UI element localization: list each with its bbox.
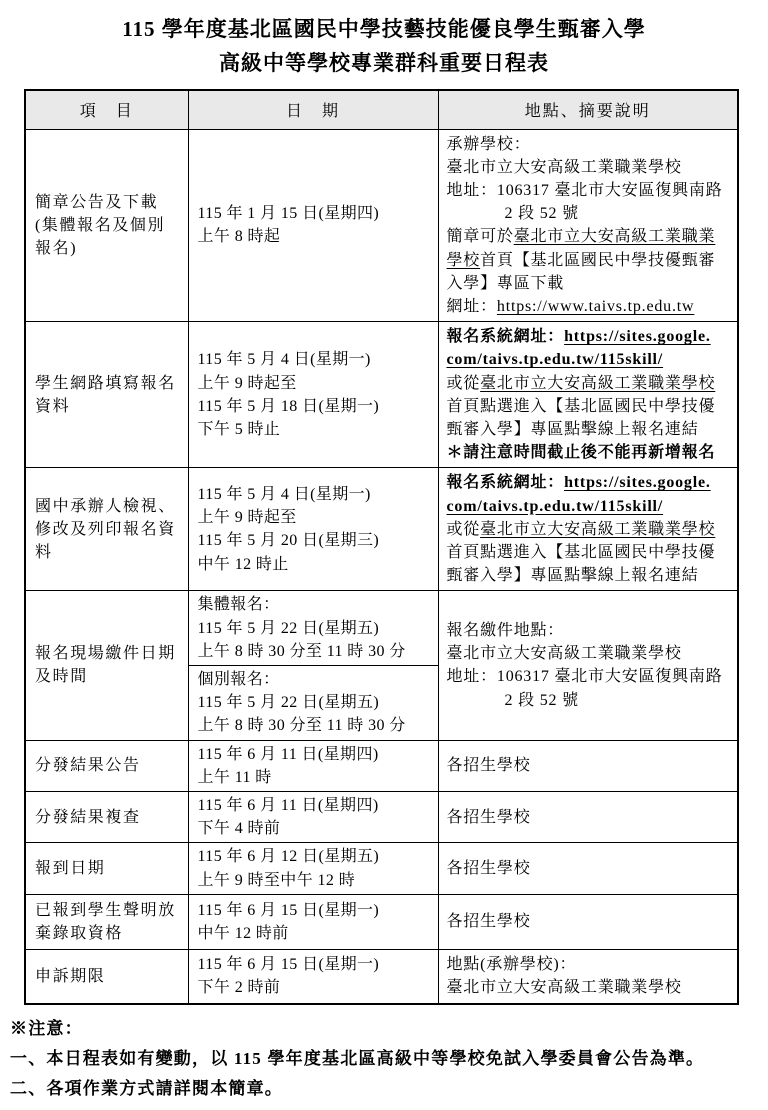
text-segment: 或從 [447, 375, 481, 392]
date-text-line: 上午 8 時 30 分至 11 時 30 分 [198, 640, 436, 663]
item-cell: 學生網路填寫報名資料 [25, 322, 188, 468]
text-segment: 各招生學校 [447, 913, 531, 930]
text-segment: ＊請注意時間截止後不能再新增報名 [447, 444, 716, 461]
date-text-line: 中午 12 時前 [198, 922, 436, 945]
date-cell: 115 年 6 月 11 日(星期四)下午 4 時前 [188, 791, 438, 842]
item-text-line: (集體報名及個別 [35, 214, 184, 237]
item-text-line: 分發結果公告 [35, 754, 184, 777]
item-cell: 申訴期限 [25, 950, 188, 1004]
date-cell: 115 年 6 月 11 日(星期四)上午 11 時 [188, 740, 438, 791]
info-text-line: 甄審入學】專區點擊線上報名連結 [447, 564, 736, 587]
text-segment: 臺北市立大安高級工業職業學校 [447, 979, 682, 996]
date-text-line: 115 年 5 月 20 日(星期三) [198, 529, 436, 552]
info-cell: 各招生學校 [438, 843, 738, 894]
item-text-line: 報到日期 [35, 857, 184, 880]
text-segment: 首頁【基北區國民中學技優甄審 [480, 252, 715, 269]
info-text-line: 入學】專區下載 [447, 272, 736, 295]
date-block: 115 年 6 月 11 日(星期四)下午 4 時前 [189, 792, 438, 842]
text-segment: 各招生學校 [447, 860, 531, 877]
date-block: 115 年 6 月 11 日(星期四)上午 11 時 [189, 741, 438, 791]
page-title-line1: 115 學年度基北區國民中學技藝技能優良學生甄審入學 [0, 12, 768, 46]
date-text-line: 115 年 1 月 15 日(星期四) [198, 202, 436, 225]
date-text-line: 下午 5 時止 [198, 418, 436, 441]
date-block: 集體報名：115 年 5 月 22 日(星期五)上午 8 時 30 分至 11 … [189, 591, 438, 665]
date-block: 115 年 5 月 4 日(星期一)上午 9 時起至115 年 5 月 20 日… [189, 481, 438, 578]
text-segment: 首頁點選進入【基北區國民中學技優 [447, 544, 716, 561]
notes-section: ※注意： 一、本日程表如有變動，以 115 學年度基北區高級中等學校免試入學委員… [10, 1014, 768, 1104]
info-text-line: 報名系統網址：https://sites.google. [447, 471, 736, 494]
info-cell: 各招生學校 [438, 740, 738, 791]
text-segment: 臺北市立大安高級工業職業學校 [447, 645, 682, 662]
info-text-line: 簡章可於臺北市立大安高級工業職業 [447, 225, 736, 248]
date-cell: 115 年 6 月 15 日(星期一)中午 12 時前 [188, 894, 438, 949]
notes-heading: ※注意： [10, 1014, 768, 1044]
text-segment: 學校 [447, 252, 481, 269]
url-link[interactable]: https://sites.google. [564, 474, 711, 491]
text-segment: 報名繳件地點： [447, 622, 565, 639]
date-text-line: 115 年 5 月 22 日(星期五) [198, 617, 436, 640]
text-segment: 各招生學校 [447, 809, 531, 826]
date-text-line: 中午 12 時止 [198, 553, 436, 576]
info-text-line: 或從臺北市立大安高級工業職業學校 [447, 372, 736, 395]
table-row: 已報到學生聲明放棄錄取資格115 年 6 月 15 日(星期一)中午 12 時前… [25, 894, 738, 949]
item-text-line: 報名現場繳件日期 [35, 642, 184, 665]
date-text-line: 115 年 6 月 15 日(星期一) [198, 899, 436, 922]
item-cell: 報名現場繳件日期及時間 [25, 591, 188, 740]
info-cell: 承辦學校：臺北市立大安高級工業職業學校地址：106317 臺北市大安區復興南路2… [438, 129, 738, 322]
text-segment: 各招生學校 [447, 757, 531, 774]
item-cell: 已報到學生聲明放棄錄取資格 [25, 894, 188, 949]
url-link[interactable]: com/taivs.tp.edu.tw/115skill/ [447, 498, 664, 515]
text-segment: 承辦學校： [447, 136, 531, 153]
item-cell: 報到日期 [25, 843, 188, 894]
item-text-line: 已報到學生聲明放 [35, 899, 184, 922]
date-text-line: 上午 8 時 30 分至 11 時 30 分 [198, 714, 436, 737]
info-text-line: 首頁點選進入【基北區國民中學技優 [447, 541, 736, 564]
info-text-line: 網址：https://www.taivs.tp.edu.tw [447, 295, 736, 318]
date-text-line: 下午 4 時前 [198, 817, 436, 840]
info-text-line: 地點(承辦學校)： [447, 953, 736, 976]
date-text-line: 上午 9 時起至 [198, 372, 436, 395]
page-title: 115 學年度基北區國民中學技藝技能優良學生甄審入學 高級中等學校專業群科重要日… [0, 0, 768, 80]
text-segment: 入學】專區下載 [447, 275, 565, 292]
url-link[interactable]: https://www.taivs.tp.edu.tw [497, 298, 694, 315]
header-item: 項 目 [25, 90, 188, 129]
text-segment: 網址： [447, 298, 497, 315]
info-text-line: 承辦學校： [447, 133, 736, 156]
info-cell: 報名系統網址：https://sites.google.com/taivs.tp… [438, 322, 738, 468]
info-text-line: ＊請注意時間截止後不能再新增報名 [447, 441, 736, 464]
schedule-table-body: 簡章公告及下載(集體報名及個別報名)115 年 1 月 15 日(星期四)上午 … [25, 129, 738, 1004]
info-text-line: 首頁點選進入【基北區國民中學技優 [447, 395, 736, 418]
date-cell: 115 年 5 月 4 日(星期一)上午 9 時起至115 年 5 月 18 日… [188, 322, 438, 468]
table-row: 學生網路填寫報名資料115 年 5 月 4 日(星期一)上午 9 時起至115 … [25, 322, 738, 468]
info-text-line: com/taivs.tp.edu.tw/115skill/ [447, 495, 736, 518]
item-text-line: 修改及列印報名資 [35, 518, 184, 541]
text-segment: 甄審入學】專區點擊線上報名連結 [447, 567, 699, 584]
date-text-line: 個別報名： [198, 668, 436, 691]
info-text-line: 各招生學校 [447, 857, 736, 880]
text-segment: 臺北市立大安高級工業職業學校 [480, 375, 715, 392]
date-text-line: 115 年 5 月 4 日(星期一) [198, 483, 436, 506]
date-text-line: 115 年 6 月 11 日(星期四) [198, 794, 436, 817]
date-block: 115 年 5 月 4 日(星期一)上午 9 時起至115 年 5 月 18 日… [189, 346, 438, 443]
item-text-line: 資料 [35, 395, 184, 418]
item-text-line: 棄錄取資格 [35, 922, 184, 945]
info-text-line: 地址：106317 臺北市大安區復興南路 [447, 179, 736, 202]
info-text-line: 各招生學校 [447, 754, 736, 777]
info-text-line: 學校首頁【基北區國民中學技優甄審 [447, 249, 736, 272]
info-text-line: 各招生學校 [447, 806, 736, 829]
table-row: 分發結果複查115 年 6 月 11 日(星期四)下午 4 時前各招生學校 [25, 791, 738, 842]
date-block: 115 年 6 月 15 日(星期一)中午 12 時前 [189, 897, 438, 947]
info-text-line: 各招生學校 [447, 910, 736, 933]
item-text-line: 及時間 [35, 665, 184, 688]
note-1: 一、本日程表如有變動，以 115 學年度基北區高級中等學校免試入學委員會公告為準… [10, 1044, 768, 1074]
text-segment: 臺北市立大安高級工業職業 [514, 228, 716, 245]
info-text-line: 2 段 52 號 [447, 202, 736, 225]
info-text-line: com/taivs.tp.edu.tw/115skill/ [447, 348, 736, 371]
date-text-line: 115 年 5 月 22 日(星期五) [198, 691, 436, 714]
header-date: 日 期 [188, 90, 438, 129]
text-segment: 報名系統網址： [447, 328, 565, 345]
info-cell: 地點(承辦學校)：臺北市立大安高級工業職業學校 [438, 950, 738, 1004]
date-block: 個別報名：115 年 5 月 22 日(星期五)上午 8 時 30 分至 11 … [189, 665, 438, 740]
item-cell: 簡章公告及下載(集體報名及個別報名) [25, 129, 188, 322]
info-text-line: 報名繳件地點： [447, 619, 736, 642]
date-block: 115 年 6 月 15 日(星期一)下午 2 時前 [189, 951, 438, 1001]
date-text-line: 上午 11 時 [198, 766, 436, 789]
info-text-line: 臺北市立大安高級工業職業學校 [447, 976, 736, 999]
item-cell: 分發結果複查 [25, 791, 188, 842]
text-segment: 首頁點選進入【基北區國民中學技優 [447, 398, 716, 415]
date-text-line: 115 年 6 月 15 日(星期一) [198, 953, 436, 976]
item-text-line: 分發結果複查 [35, 806, 184, 829]
date-text-line: 115 年 5 月 4 日(星期一) [198, 348, 436, 371]
schedule-table: 項 目 日 期 地點、摘要說明 簡章公告及下載(集體報名及個別報名)115 年 … [24, 89, 739, 1005]
url-link[interactable]: com/taivs.tp.edu.tw/115skill/ [447, 351, 664, 368]
url-link[interactable]: https://sites.google. [564, 328, 711, 345]
item-text-line: 簡章公告及下載 [35, 191, 184, 214]
header-location-notes: 地點、摘要說明 [438, 90, 738, 129]
text-segment: 臺北市立大安高級工業職業學校 [480, 521, 715, 538]
item-text-line: 學生網路填寫報名 [35, 372, 184, 395]
text-segment: 地址：106317 臺北市大安區復興南路 [447, 182, 723, 199]
item-cell: 國中承辦人檢視、修改及列印報名資料 [25, 468, 188, 591]
table-row: 報到日期115 年 6 月 12 日(星期五)上午 9 時至中午 12 時各招生… [25, 843, 738, 894]
date-block: 115 年 1 月 15 日(星期四)上午 8 時起 [189, 200, 438, 250]
date-text-line: 115 年 5 月 18 日(星期一) [198, 395, 436, 418]
info-text-line: 2 段 52 號 [447, 689, 736, 712]
date-text-line: 集體報名： [198, 593, 436, 616]
date-cell: 115 年 6 月 15 日(星期一)下午 2 時前 [188, 950, 438, 1004]
text-segment: 簡章可於 [447, 228, 514, 245]
info-text-line: 地址：106317 臺北市大安區復興南路 [447, 665, 736, 688]
info-text-line: 甄審入學】專區點擊線上報名連結 [447, 418, 736, 441]
text-segment: 2 段 52 號 [505, 205, 579, 222]
info-cell: 報名繳件地點：臺北市立大安高級工業職業學校地址：106317 臺北市大安區復興南… [438, 591, 738, 740]
text-segment: 地點(承辦學校)： [447, 956, 577, 973]
info-cell: 報名系統網址：https://sites.google.com/taivs.tp… [438, 468, 738, 591]
date-text-line: 上午 9 時起至 [198, 506, 436, 529]
table-row: 國中承辦人檢視、修改及列印報名資料115 年 5 月 4 日(星期一)上午 9 … [25, 468, 738, 591]
date-text-line: 上午 8 時起 [198, 225, 436, 248]
text-segment: 或從 [447, 521, 481, 538]
note-2: 二、各項作業方式請詳閱本簡章。 [10, 1074, 768, 1104]
date-cell: 115 年 6 月 12 日(星期五)上午 9 時至中午 12 時 [188, 843, 438, 894]
info-text-line: 臺北市立大安高級工業職業學校 [447, 156, 736, 179]
page-title-line2: 高級中等學校專業群科重要日程表 [0, 46, 768, 80]
item-text-line: 申訴期限 [35, 965, 184, 988]
table-row: 簡章公告及下載(集體報名及個別報名)115 年 1 月 15 日(星期四)上午 … [25, 129, 738, 322]
text-segment: 報名系統網址： [447, 474, 565, 491]
date-text-line: 上午 9 時至中午 12 時 [198, 869, 436, 892]
item-text-line: 報名) [35, 237, 184, 260]
table-header-row: 項 目 日 期 地點、摘要說明 [25, 90, 738, 129]
date-text-line: 115 年 6 月 12 日(星期五) [198, 845, 436, 868]
table-row: 分發結果公告115 年 6 月 11 日(星期四)上午 11 時各招生學校 [25, 740, 738, 791]
date-block: 115 年 6 月 12 日(星期五)上午 9 時至中午 12 時 [189, 843, 438, 893]
info-text-line: 或從臺北市立大安高級工業職業學校 [447, 518, 736, 541]
info-text-line: 報名系統網址：https://sites.google. [447, 325, 736, 348]
date-text-line: 下午 2 時前 [198, 976, 436, 999]
info-text-line: 臺北市立大安高級工業職業學校 [447, 642, 736, 665]
text-segment: 2 段 52 號 [505, 692, 579, 709]
date-cell: 集體報名：115 年 5 月 22 日(星期五)上午 8 時 30 分至 11 … [188, 591, 438, 740]
item-text-line: 國中承辦人檢視、 [35, 495, 184, 518]
date-cell: 115 年 1 月 15 日(星期四)上午 8 時起 [188, 129, 438, 322]
table-row: 申訴期限115 年 6 月 15 日(星期一)下午 2 時前地點(承辦學校)：臺… [25, 950, 738, 1004]
table-row: 報名現場繳件日期及時間集體報名：115 年 5 月 22 日(星期五)上午 8 … [25, 591, 738, 740]
item-cell: 分發結果公告 [25, 740, 188, 791]
text-segment: 地址：106317 臺北市大安區復興南路 [447, 668, 723, 685]
text-segment: 臺北市立大安高級工業職業學校 [447, 159, 682, 176]
text-segment: 甄審入學】專區點擊線上報名連結 [447, 421, 699, 438]
date-cell: 115 年 5 月 4 日(星期一)上午 9 時起至115 年 5 月 20 日… [188, 468, 438, 591]
info-cell: 各招生學校 [438, 791, 738, 842]
info-cell: 各招生學校 [438, 894, 738, 949]
item-text-line: 料 [35, 541, 184, 564]
date-text-line: 115 年 6 月 11 日(星期四) [198, 743, 436, 766]
